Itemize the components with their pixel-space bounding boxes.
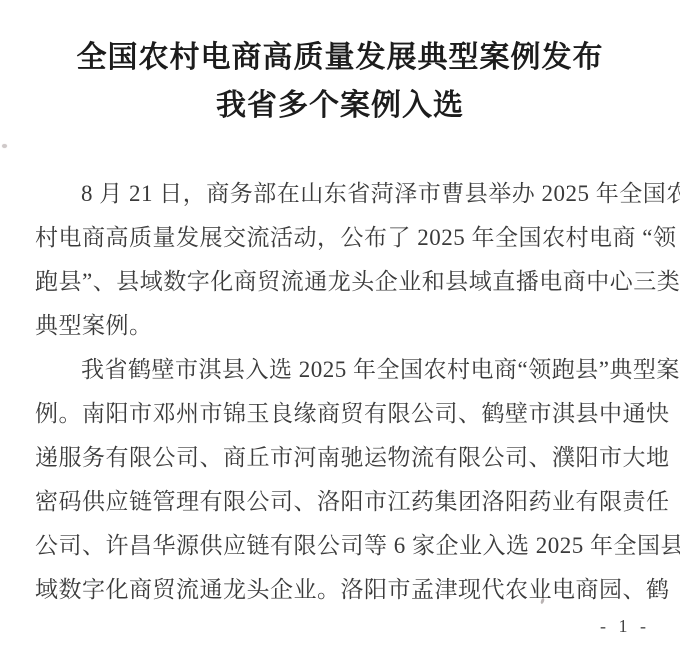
document-title: 全国农村电商高质量发展典型案例发布 我省多个案例入选 <box>0 0 680 130</box>
page-number: - 1 - <box>600 616 650 637</box>
body-text-line: 村电商高质量发展交流活动，公布了 2025 年全国农村电商 “领 <box>35 216 647 260</box>
body-text-line: 密码供应链管理有限公司、洛阳市江药集团洛阳药业有限责任 <box>35 480 647 524</box>
document-title-line-1: 全国农村电商高质量发展典型案例发布 <box>0 34 680 82</box>
body-text-line: 我省鹤壁市淇县入选 2025 年全国农村电商“领跑县”典型案 <box>35 348 647 392</box>
body-text-line: 8 月 21 日，商务部在山东省菏泽市曹县举办 2025 年全国农 <box>35 172 647 216</box>
document-title-line-2: 我省多个案例入选 <box>0 82 680 130</box>
body-text-line: 递服务有限公司、商丘市河南驰运物流有限公司、濮阳市大地 <box>35 436 647 480</box>
body-text-line: 跑县”、县域数字化商贸流通龙头企业和县域直播电商中心三类 <box>35 260 647 304</box>
body-text-line: 例。南阳市邓州市锦玉良缘商贸有限公司、鹤壁市淇县中通快 <box>35 392 647 436</box>
body-text-line: 域数字化商贸流通龙头企业。洛阳市孟津现代农业电商园、鹤 <box>35 568 647 612</box>
scan-artifact-speck <box>2 144 7 148</box>
body-text-line: 公司、许昌华源供应链有限公司等 6 家企业入选 2025 年全国县 <box>35 524 647 568</box>
body-text-line: 典型案例。 <box>35 304 647 348</box>
document-page: 全国农村电商高质量发展典型案例发布 我省多个案例入选 8 月 21 日，商务部在… <box>0 0 680 659</box>
document-body: 8 月 21 日，商务部在山东省菏泽市曹县举办 2025 年全国农村电商高质量发… <box>35 172 647 612</box>
